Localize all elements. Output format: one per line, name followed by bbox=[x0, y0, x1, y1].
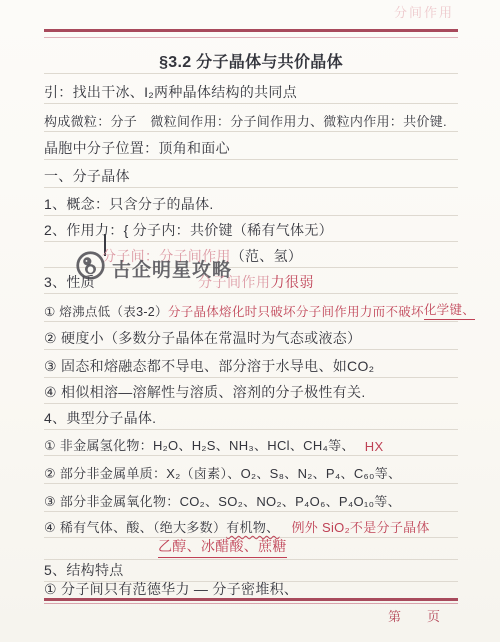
header-rule-thick bbox=[44, 29, 458, 32]
line-unit-cell: 晶胞中分子位置：顶角和面心 bbox=[44, 132, 458, 160]
page-number-suffix: 页 bbox=[427, 606, 440, 625]
line-hydrides-black: ① 非金属氢化物：H₂O、H₂S、NH₃、HCl、CH₄等、 bbox=[44, 435, 355, 454]
line-hydrides: ① 非金属氢化物：H₂O、H₂S、NH₃、HCl、CH₄等、 HX bbox=[44, 428, 458, 456]
line-melting-point-red: 分子晶体熔化时只破坏分子间作用力而不破坏 bbox=[168, 302, 424, 320]
line-organic-examples-red: 乙醇、冰醋酸、蔗糖 bbox=[158, 536, 287, 558]
line-concept-text: 1、概念：只含分子的晶体. bbox=[44, 194, 214, 214]
annotation-sio2-exception: 例外 SiO₂不是分子晶体 bbox=[291, 517, 429, 536]
line-intro: 引：找出干冰、I₂两种晶体结构的共同点 bbox=[44, 76, 458, 104]
line-noble-gases-black: ④ 稀有气体、酸、（绝大多数） bbox=[44, 517, 226, 536]
page-title-text: §3.2 分子晶体与共价晶体 bbox=[159, 49, 343, 72]
line-particles-text: 构成微粒：分子 微粒间作用：分子间作用力、微粒内作用：共价键. bbox=[44, 111, 447, 130]
line-noble-gases: ④ 稀有气体、酸、（绝大多数） 有机物、 例外 SiO₂不是分子晶体 bbox=[44, 510, 458, 538]
line-melting-point-black: ① 熔沸点低（表3-2） bbox=[44, 302, 168, 320]
line-close-packing-text: ① 分子间只有范德华力 — 分子密堆积、 bbox=[44, 579, 298, 599]
line-nonmetal-oxides-text: ③ 部分非金属氧化物：CO₂、SO₂、NO₂、P₄O₆、P₄O₁₀等、 bbox=[44, 491, 401, 510]
page-number-prefix: 第 bbox=[388, 606, 401, 625]
line-solubility: ④ 相似相溶—溶解性与溶质、溶剂的分子极性有关. bbox=[44, 376, 458, 404]
heading-typical-crystals: 4、典型分子晶体. bbox=[44, 402, 458, 430]
line-nonmetal-elements-text: ② 部分非金属单质：X₂（卤素）、O₂、S₈、N₂、P₄、C₆₀等、 bbox=[44, 463, 401, 482]
heading-molecular-crystal: 一、分子晶体 bbox=[44, 160, 458, 188]
header-rule-thin bbox=[44, 37, 458, 38]
heading-typical-crystals-text: 4、典型分子晶体. bbox=[44, 408, 156, 428]
line-hardness-text: ② 硬度小（多数分子晶体在常温时为气态或液态） bbox=[44, 328, 361, 348]
line-intro-text: 引：找出干冰、I₂两种晶体结构的共同点 bbox=[44, 82, 297, 102]
line-noble-gases-underlined: 有机物、 bbox=[226, 517, 279, 536]
footer-rule-thin bbox=[44, 603, 458, 604]
line-particles: 构成微粒：分子 微粒间作用：分子间作用力、微粒内作用：共价键. bbox=[44, 104, 458, 132]
notebook-page: 分间作用 §3.2 分子晶体与共价晶体 引：找出干冰、I₂两种晶体结构的共同点 … bbox=[0, 0, 500, 642]
line-nonmetal-elements: ② 部分非金属单质：X₂（卤素）、O₂、S₈、N₂、P₄、C₆₀等、 bbox=[44, 456, 458, 484]
line-nonmetal-oxides: ③ 部分非金属氧化物：CO₂、SO₂、NO₂、P₄O₆、P₄O₁₀等、 bbox=[44, 484, 458, 512]
page-title: §3.2 分子晶体与共价晶体 bbox=[44, 45, 458, 74]
line-conductivity-text: ③ 固态和熔融态都不导电、部分溶于水导电、如CO₂ bbox=[44, 356, 374, 376]
line-forces-text: 2、作用力：{ 分子内：共价键（稀有气体无） bbox=[44, 220, 333, 240]
line-solubility-text: ④ 相似相溶—溶解性与溶质、溶剂的分子极性有关. bbox=[44, 382, 366, 402]
heading-structure-text: 5、结构特点 bbox=[44, 560, 124, 580]
line-forces: 2、作用力：{ 分子内：共价键（稀有气体无） bbox=[44, 214, 458, 242]
line-conductivity: ③ 固态和熔融态都不导电、部分溶于水导电、如CO₂ bbox=[44, 350, 458, 378]
annotation-weak-forces-faded: 分子间作用 bbox=[198, 274, 271, 290]
annotation-weak-forces: 分子间作用力很弱 bbox=[198, 272, 314, 292]
line-melting-point: ① 熔沸点低（表3-2） 分子晶体熔化时只破坏分子间作用力而不破坏 化学键、 bbox=[44, 294, 458, 322]
annotation-weak-forces-strong: 力很弱 bbox=[271, 274, 315, 290]
line-hardness: ② 硬度小（多数分子晶体在常温时为气态或液态） bbox=[44, 322, 458, 350]
heading-molecular-crystal-text: 一、分子晶体 bbox=[44, 166, 130, 186]
penguin-logo-icon bbox=[75, 250, 106, 287]
line-unit-cell-text: 晶胞中分子位置：顶角和面心 bbox=[44, 138, 230, 158]
line-melting-point-red-underlined: 化学键、 bbox=[424, 300, 475, 320]
line-hydrides-red: HX bbox=[365, 439, 384, 454]
footer-rule-thick bbox=[44, 598, 458, 601]
line-intermolecular-dark: （范、氢） bbox=[231, 246, 303, 266]
ink-bleed-ghost-text: 分间作用 bbox=[394, 2, 454, 21]
page-number-footer: 第 页 bbox=[388, 606, 440, 625]
line-concept: 1、概念：只含分子的晶体. bbox=[44, 188, 458, 216]
